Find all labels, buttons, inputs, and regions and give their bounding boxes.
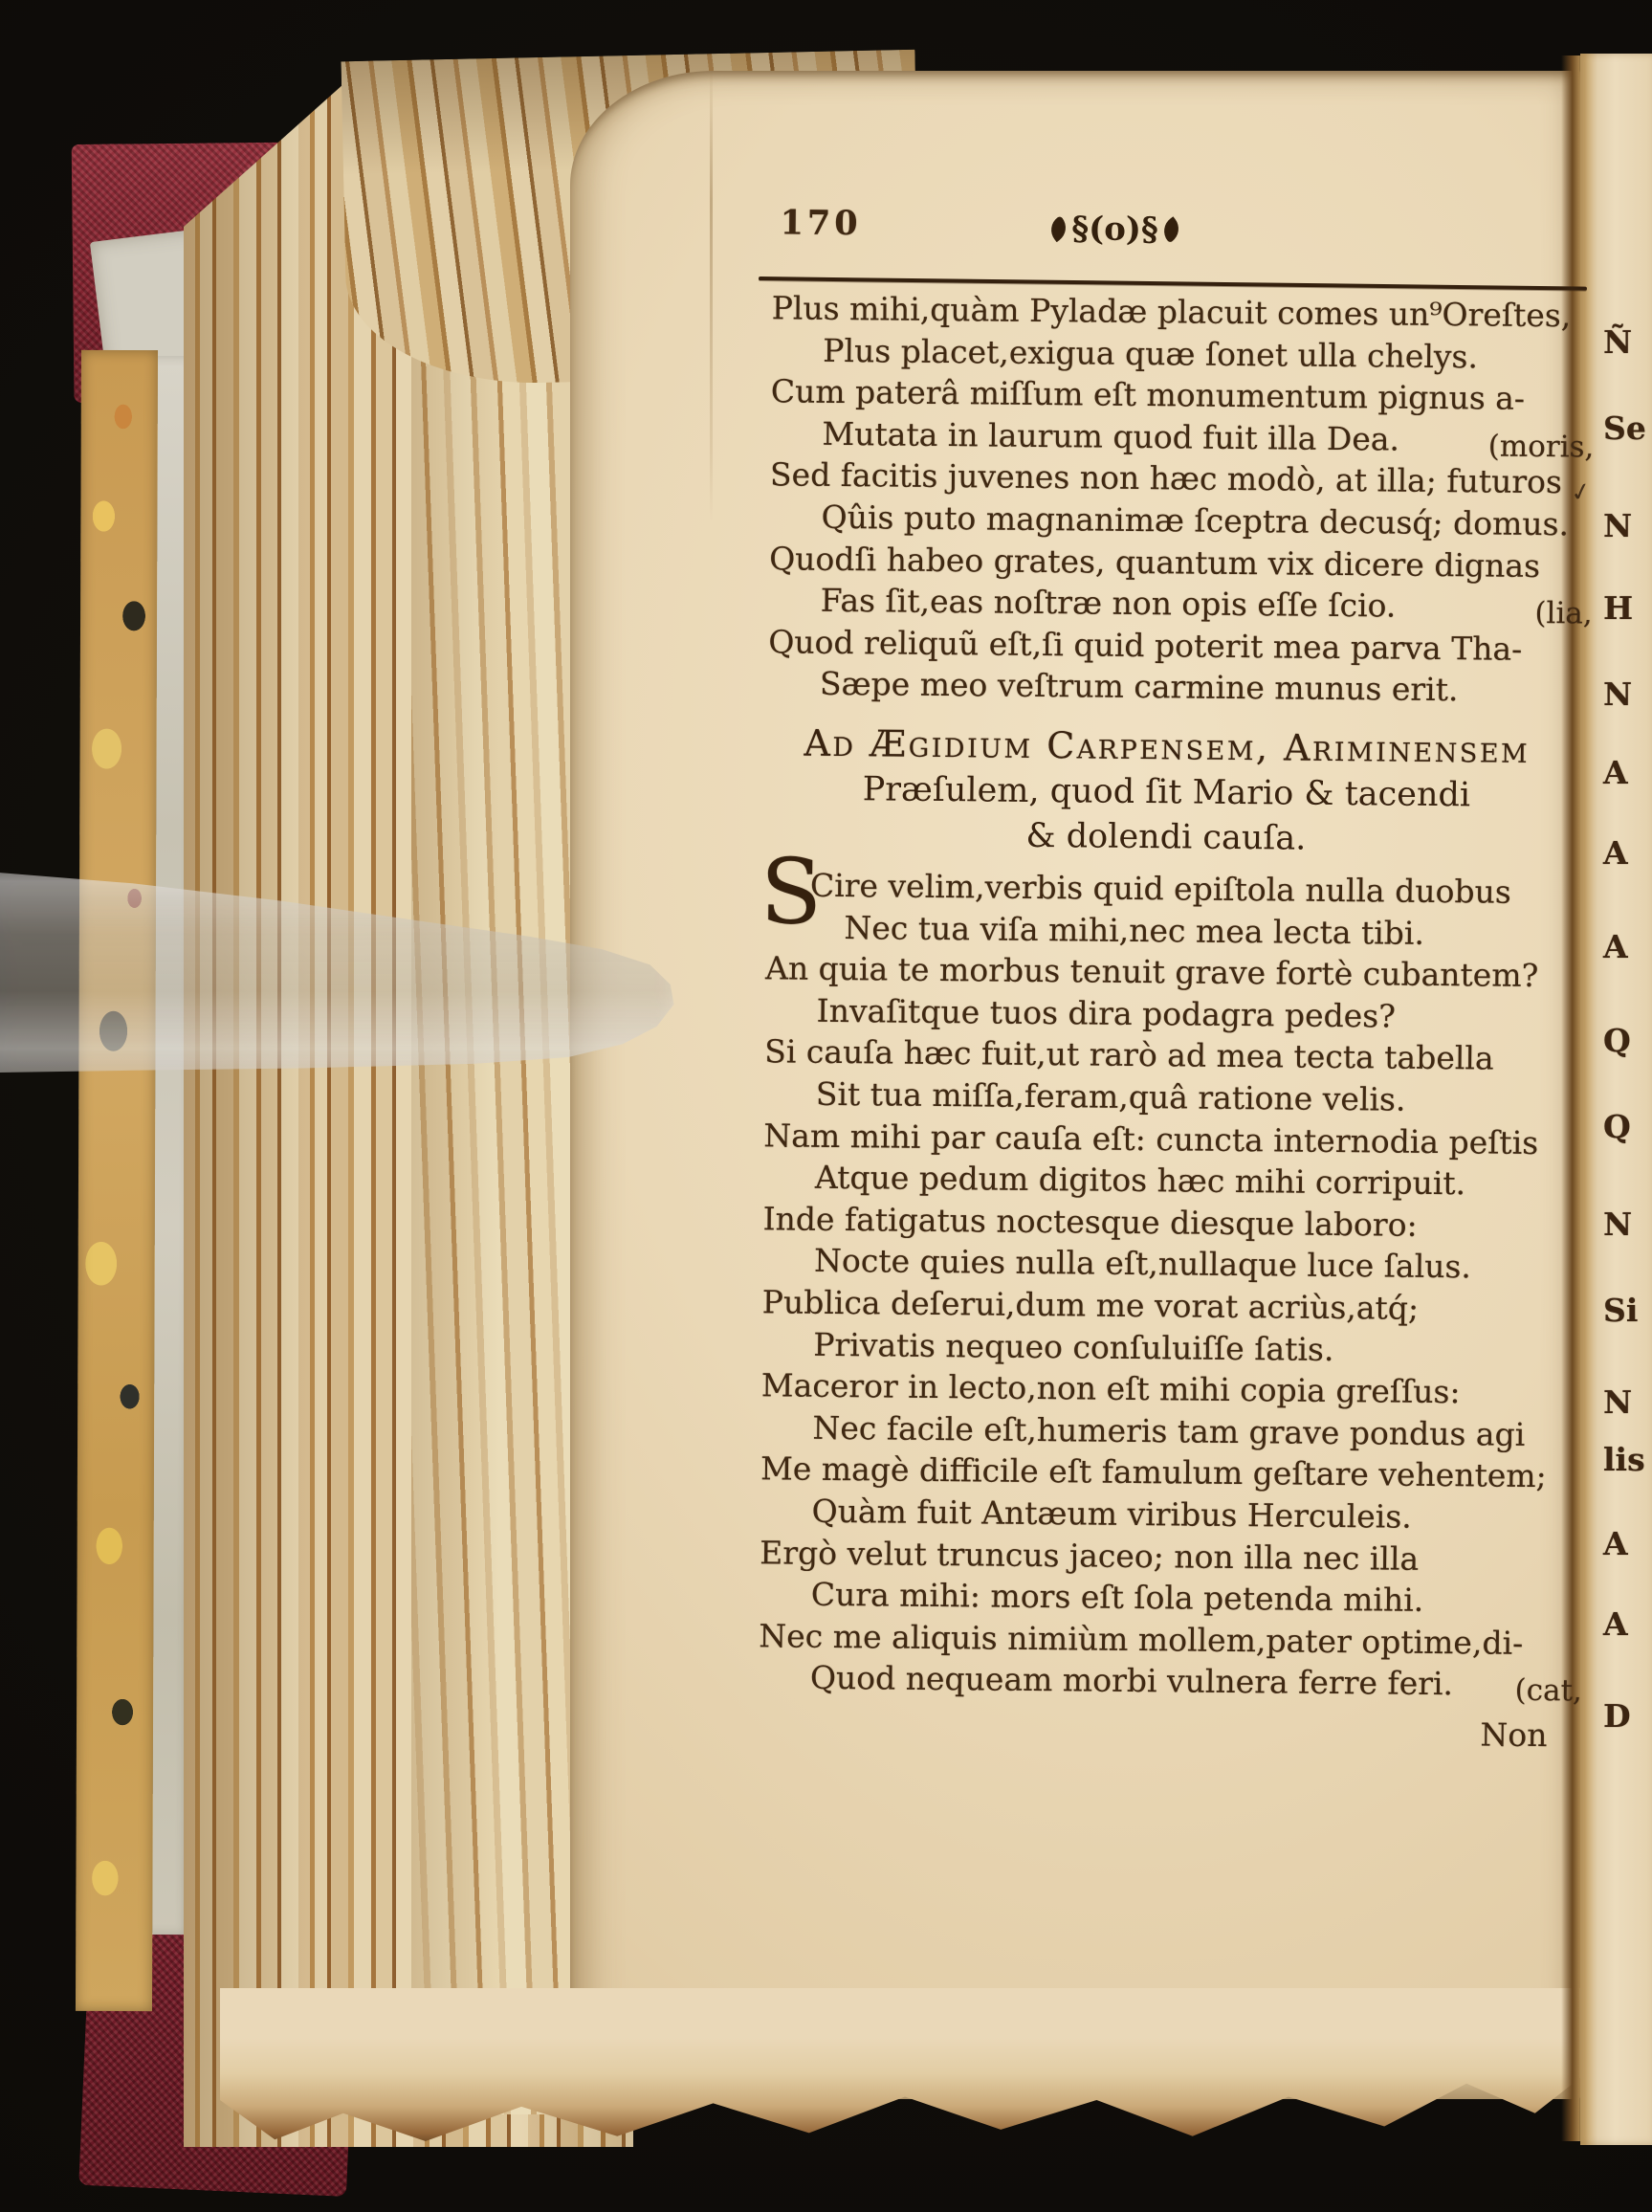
facing-page-fragment: lis: [1603, 1441, 1651, 1478]
book-photo: { "page": { "number": "170", "ornament":…: [0, 0, 1652, 2212]
facing-page-fragment: N: [1603, 1206, 1651, 1243]
facing-page-fragment: N: [1603, 507, 1651, 544]
catchword: Non: [1480, 1715, 1547, 1754]
verse-line: Cire velim,verbis quid epiſtola nulla du…: [810, 865, 1594, 914]
verse-line: Qûis puto magnanimæ ſceptra decusq́; dom…: [821, 497, 1597, 545]
verse-line: Mutata in laurum quod fuit illa Dea.(mor…: [822, 413, 1597, 462]
facing-page-fragment: N: [1603, 1383, 1651, 1421]
verse-line: Sæpe meo veſtrum carmine munus erit.: [820, 663, 1596, 712]
fleuron-leaf-icon: [1045, 215, 1071, 242]
verse-line: Nocte quies nulla eſt,nullaque luce ſalu…: [814, 1240, 1590, 1289]
facing-page-fragment: Si: [1603, 1292, 1651, 1329]
verse-line: Sit tua miſſa,feram,quâ ratione velis.: [816, 1073, 1592, 1122]
heading-line-3: & dolendi cauſa.: [738, 811, 1594, 864]
facing-page-fragment: D: [1603, 1697, 1651, 1735]
facing-page-fragment: A: [1603, 834, 1651, 872]
facing-page-fragment: A: [1603, 1525, 1651, 1562]
verse-line: Nec facile eſt,humeris tam grave pondus …: [812, 1406, 1588, 1455]
verse-line: Quod nequeam morbi vulnera ferre feri.(c…: [810, 1657, 1586, 1706]
verse-block-2: Cire velim,verbis quid epiſtola nulla du…: [730, 864, 1594, 1706]
facing-page-fragment: H: [1603, 589, 1651, 627]
deckle-bottom-edge: [220, 1988, 1590, 2153]
verse-line: Plus placet,exigua quæ ſonet ulla chelys…: [823, 329, 1598, 378]
page-crease: [710, 63, 713, 522]
section-heading: Ad Ægidium Carpensem, Ariminensem Præſul…: [738, 719, 1595, 864]
page-number: 170: [780, 203, 861, 243]
facing-page-fragment: A: [1603, 754, 1651, 791]
verse-line: Quàm fuit Antæum viribus Herculeis.: [811, 1491, 1587, 1539]
facing-page-fragment: N: [1603, 675, 1651, 713]
verse-line: Atque pedum digitos hæc mihi corripuit.: [815, 1157, 1591, 1206]
verse-line: Invaſitque tuos dira podagra pedes?: [816, 990, 1592, 1039]
verse-line: Nec tua viſa mihi,nec mea lecta tibi.: [844, 907, 1593, 956]
verse-line: Fas ſit,eas noſtræ non opis eſſe ſcio.(l…: [821, 580, 1597, 629]
facing-page-fragment: Se: [1603, 409, 1651, 447]
printer-ornament: §(o)§: [1000, 208, 1229, 252]
verse-line: Cura mihi: mors eſt ſola petenda mihi.: [811, 1574, 1587, 1623]
facing-page-fragment: A: [1603, 928, 1651, 965]
fleuron-leaf-icon: [1158, 216, 1185, 243]
printed-page-content: 170 §(o)§ Plus mihi,quàm Pyladæ placuit …: [729, 180, 1600, 1815]
verse-block-1: Plus mihi,quàm Pyladæ placuit comes un⁹O…: [739, 287, 1599, 713]
facing-page-fragment: Ñ: [1603, 323, 1651, 361]
facing-page-fragment: Q: [1603, 1022, 1651, 1059]
verse-line: Privatis nequeo conſuluiſſe ſatis.: [813, 1323, 1589, 1372]
heading-line-1: Ad Ægidium Carpensem, Ariminensem: [738, 719, 1595, 775]
heading-line-2: Præſulem, quod ſit Mario & tacendi: [738, 766, 1595, 820]
facing-page-fragment: A: [1603, 1605, 1651, 1643]
facing-page-fragment: Q: [1603, 1108, 1651, 1145]
ornament-center: §(o)§: [1071, 210, 1158, 249]
marbled-endpaper: [76, 350, 158, 2011]
